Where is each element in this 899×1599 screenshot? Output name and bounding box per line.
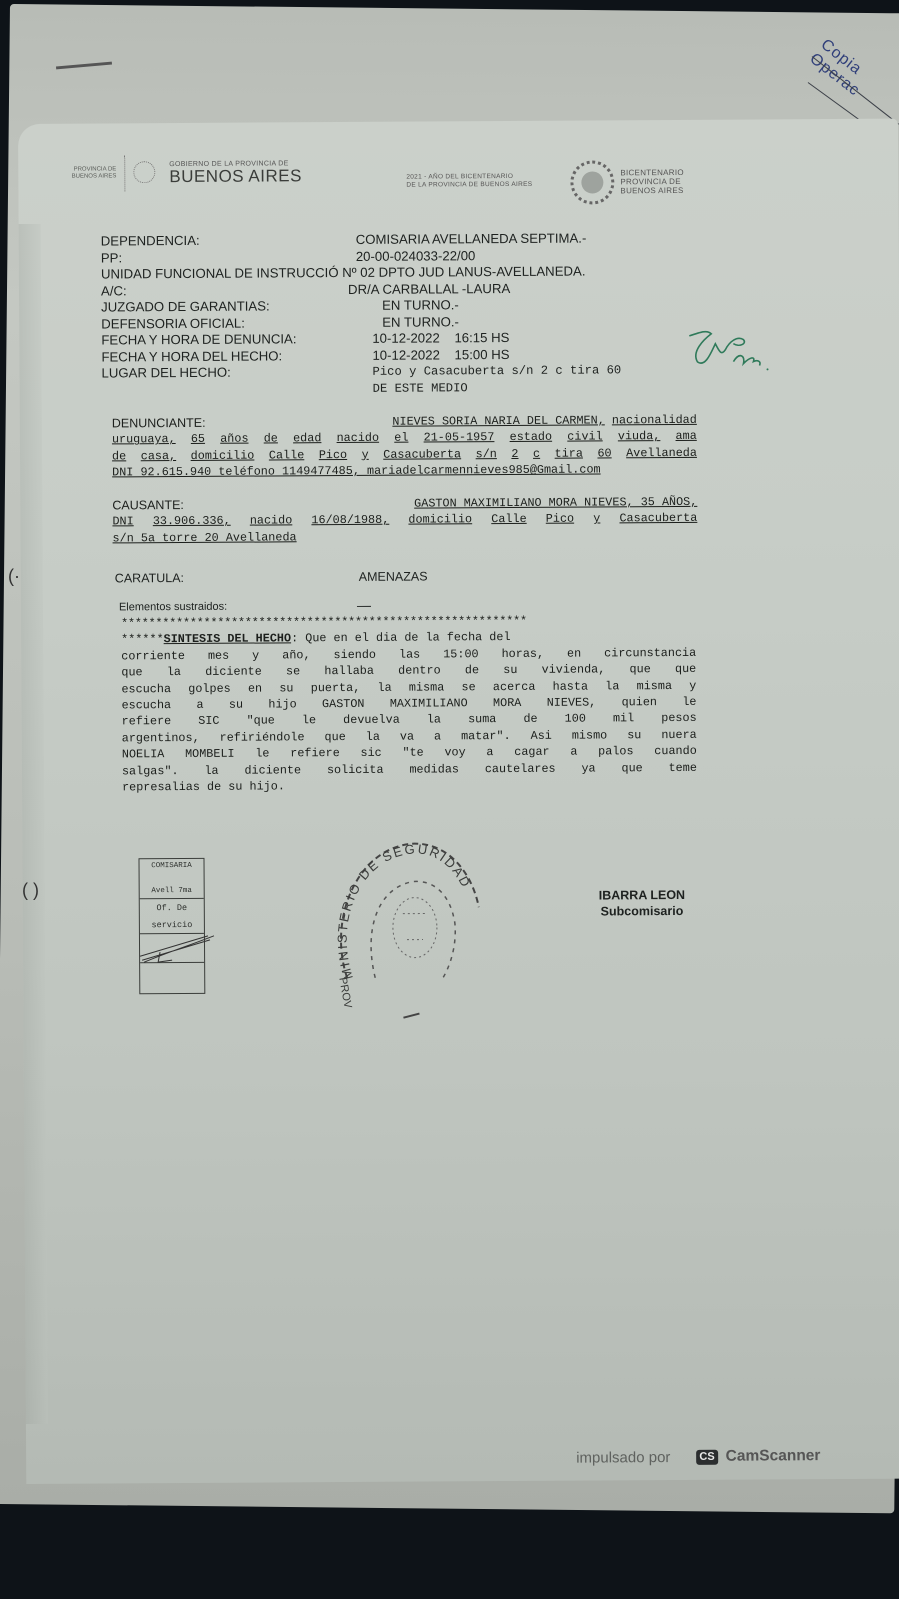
caratula-value: AMENAZAS xyxy=(359,570,428,584)
word: hasta xyxy=(553,678,589,695)
word: mismo xyxy=(572,727,608,744)
word: escucha xyxy=(122,697,172,714)
word: que xyxy=(121,664,142,681)
word: diciente xyxy=(205,664,262,681)
word: nacido xyxy=(337,430,380,447)
field-value: EN TURNO.- xyxy=(356,297,459,314)
word: 65 xyxy=(191,431,205,447)
word: domicilio xyxy=(408,512,472,529)
sustraidos-row: Elementos sustraidos: — xyxy=(119,600,371,614)
paragraph-line: escuchagolpesensupuerta,lamismaseacercah… xyxy=(121,677,696,697)
word: Pico xyxy=(319,447,347,464)
stamp-text: servicio xyxy=(140,919,204,929)
word: en xyxy=(248,680,262,696)
word: se xyxy=(461,679,475,695)
field-lugar-cont: DE ESTE MEDIO xyxy=(102,379,662,399)
word: mes xyxy=(208,648,229,665)
field-label: DEFENSORIA OFICIAL: xyxy=(101,314,356,332)
word: Avellaneda xyxy=(626,445,697,462)
word: nacido xyxy=(250,513,293,530)
word: refiriéndole xyxy=(220,729,305,746)
margin-pen-mark: ( ) xyxy=(22,880,39,901)
word: su xyxy=(229,697,243,713)
word: "te xyxy=(402,745,423,762)
word: las xyxy=(399,646,420,663)
word: la xyxy=(377,679,391,695)
handwritten-initials xyxy=(681,321,771,372)
word: y xyxy=(362,447,369,463)
word: GASTON xyxy=(322,696,365,713)
word: devuelva xyxy=(343,712,400,729)
word: "que xyxy=(247,713,275,730)
word: argentinos, xyxy=(122,730,200,747)
word: s/n xyxy=(476,446,497,463)
word: que xyxy=(675,661,696,678)
ministry-seal: MINISTERIO DE SEGURIDAD PROV xyxy=(322,827,483,1028)
word: le xyxy=(682,694,696,710)
camscanner-logo-icon: CS xyxy=(696,1449,717,1464)
word: la xyxy=(605,678,619,694)
word: quien xyxy=(622,694,658,711)
paragraph-text: nacionalidad xyxy=(612,413,697,428)
word: dentro xyxy=(398,663,441,680)
stamp-cell: Of. De servicio xyxy=(140,899,204,934)
field-label: A/C: xyxy=(101,281,356,299)
word: su xyxy=(503,662,517,678)
field-value: DR/A CARBALLAL -LAURA xyxy=(348,280,510,297)
word: teme xyxy=(669,760,697,777)
officer-name: IBARRA LEON xyxy=(599,888,685,904)
field-value: DE ESTE MEDIO xyxy=(357,380,468,397)
denunciante-name: NIEVES SORIA NARIA DEL CARMEN, xyxy=(392,413,604,428)
word: ya xyxy=(581,760,595,776)
document-page: PROVINCIA DE BUENOS AIRES GOBIERNO DE LA… xyxy=(18,119,899,1484)
word: el xyxy=(394,430,408,446)
word: siendo xyxy=(333,647,376,664)
word: va xyxy=(400,728,414,744)
field-value: 20-00-024033-22/00 xyxy=(356,248,476,265)
word: a xyxy=(570,744,577,760)
bicentenario-logo-line: BUENOS AIRES xyxy=(620,186,684,195)
caratula-row: CARATULA: AMENAZAS xyxy=(115,570,428,586)
denunciante-paragraph: DENUNCIANTE: NIEVES SORIA NARIA DEL CARM… xyxy=(112,412,697,481)
word: medidas xyxy=(409,761,459,778)
word: Casacuberta xyxy=(383,446,461,463)
svg-text:MINISTERIO DE SEGURIDAD: MINISTERIO DE SEGURIDAD xyxy=(334,841,475,981)
stars-prefix: ****** xyxy=(121,633,164,647)
word: ama xyxy=(675,428,696,445)
word: Asi xyxy=(531,728,552,745)
stamp-text: Of. De xyxy=(140,902,204,912)
word: SIC xyxy=(198,713,219,730)
word: palos xyxy=(598,744,634,761)
word: diciente xyxy=(244,762,301,779)
word: Casacuberta xyxy=(619,510,697,527)
field-value: 10-12-2022 15:00 HS xyxy=(356,347,509,364)
word: se xyxy=(286,664,300,680)
caratula-label: CARATULA: xyxy=(115,570,359,585)
field-value: COMISARIA AVELLANEDA SEPTIMA.- xyxy=(356,231,587,249)
signature-block: IBARRA LEON Subcomisario xyxy=(599,888,686,920)
word: 33.906.336, xyxy=(153,513,231,530)
field-label: PP: xyxy=(101,248,356,266)
word: mil xyxy=(613,711,634,728)
word: estado xyxy=(510,429,553,446)
word: 15:00 xyxy=(443,646,479,663)
word: cuando xyxy=(654,743,697,760)
word: vivienda, xyxy=(542,662,606,679)
seal-bottom-text: PROV xyxy=(336,976,354,1009)
word: Calle xyxy=(491,511,527,528)
word: misma xyxy=(409,679,445,696)
field-value: 10-12-2022 16:15 HS xyxy=(356,330,509,347)
field-label: JUZGADO DE GARANTIAS: xyxy=(101,298,356,316)
word: misma xyxy=(637,678,673,695)
gov-logo-title: BUENOS AIRES xyxy=(169,167,302,185)
sintesis-heading: SINTESIS DEL HECHO xyxy=(164,632,292,647)
word: 2 xyxy=(511,446,518,462)
word: que xyxy=(629,661,650,678)
stamp-text: COMISARIA xyxy=(140,862,204,870)
paragraph-line: s/n 5a torre 20 Avellaneda xyxy=(112,529,296,547)
field-label: DEPENDENCIA: xyxy=(101,232,356,250)
word: civil xyxy=(567,429,603,446)
causante-name: GASTON MAXIMILIANO MORA NIEVES, 35 AÑOS, xyxy=(414,494,697,512)
sustraidos-value: — xyxy=(357,600,371,612)
word: NOELIA xyxy=(122,746,165,763)
word: de xyxy=(465,662,479,678)
comisaria-stamp-box: COMISARIA Avell 7ma Of. De servicio xyxy=(138,858,205,994)
word: Pico xyxy=(546,511,574,528)
word: puerta, xyxy=(311,680,361,697)
bicentenario-logo-line: BICENTENARIO xyxy=(620,168,684,177)
word: pesos xyxy=(661,710,697,727)
paragraph-line: DNI 92.615.940 teléfono 1149477485, mari… xyxy=(112,461,697,481)
word: años xyxy=(220,431,248,448)
word: NIEVES, xyxy=(547,695,597,712)
word: de xyxy=(112,448,126,464)
bicentenario-logo-line: PROVINCIA DE xyxy=(620,177,684,186)
word: MAXIMILIANO xyxy=(390,695,468,712)
word: refiere xyxy=(290,745,340,762)
word: uruguaya, xyxy=(112,431,176,448)
field-ufi: UNIDAD FUNCIONAL DE INSTRUCCIÓ Nº 02 DPT… xyxy=(101,263,661,283)
police-report: PROVINCIA DE BUENOS AIRES GOBIERNO DE LA… xyxy=(18,119,899,1484)
word: su xyxy=(279,680,293,696)
word: le xyxy=(302,713,316,729)
word: refiere xyxy=(122,714,172,731)
powered-by-text: impulsado por xyxy=(576,1449,670,1467)
stamp-cell xyxy=(140,934,204,963)
word: MOMBELI xyxy=(185,746,235,763)
sintesis-paragraph: ****************************************… xyxy=(121,612,697,796)
word: c xyxy=(533,446,540,462)
word: corriente xyxy=(121,648,185,665)
word: y xyxy=(593,511,600,527)
word: tira xyxy=(555,445,583,462)
field-lugar: LUGAR DEL HECHO: Pico y Casacuberta s/n … xyxy=(101,362,661,382)
word: matar". xyxy=(461,728,511,745)
paragraph-line: represalias de su hijo. xyxy=(122,776,697,796)
officer-title: Subcomisario xyxy=(599,903,685,919)
word: de xyxy=(264,431,278,447)
stamp-text: Avell 7ma xyxy=(140,887,204,895)
sintesis-body: corrientemesyaño,siendolas15:00horas,enc… xyxy=(121,645,697,796)
word: y xyxy=(252,647,259,663)
word: viuda, xyxy=(618,428,661,445)
word: año, xyxy=(282,647,310,664)
word: voy xyxy=(444,745,465,762)
field-value: Nº 02 DPTO JUD LANUS-AVELLANEDA. xyxy=(342,264,585,282)
report-fields: DEPENDENCIA: COMISARIA AVELLANEDA SEPTIM… xyxy=(101,230,662,398)
word: DNI xyxy=(112,514,133,531)
word: que xyxy=(324,729,345,746)
word: 100 xyxy=(565,711,586,728)
stamp-cell: COMISARIA Avell 7ma xyxy=(139,859,203,899)
word: 60 xyxy=(597,445,611,461)
seal-text: MINISTERIO DE SEGURIDAD xyxy=(334,841,475,981)
field-label: FECHA Y HORA DEL HECHO: xyxy=(101,347,356,365)
field-label: LUGAR DEL HECHO: xyxy=(101,364,356,382)
field-value: EN TURNO.- xyxy=(356,314,459,331)
gov-logo-small-text: PROVINCIA DE BUENOS AIRES xyxy=(66,166,116,180)
word: la xyxy=(204,762,218,778)
field-label: FECHA Y HORA DE DENUNCIA: xyxy=(101,331,356,349)
gov-logo: PROVINCIA DE BUENOS AIRES GOBIERNO DE LA… xyxy=(66,154,302,191)
word: sic xyxy=(360,745,381,762)
bicentenario-logo-text: BICENTENARIO PROVINCIA DE BUENOS AIRES xyxy=(620,168,684,195)
gov-emblem-icon xyxy=(124,155,161,191)
word: la xyxy=(427,712,441,728)
word: casa, xyxy=(141,448,177,465)
causante-label: CAUSANTE: xyxy=(112,497,184,514)
word: suma xyxy=(468,712,496,729)
bicentenario-text: 2021 - AÑO DEL BICENTENARIO DE LA PROVIN… xyxy=(406,173,532,190)
word: le xyxy=(255,746,269,762)
word: cautelares xyxy=(485,760,556,777)
word: que xyxy=(621,760,642,777)
word: hijo xyxy=(268,696,296,713)
margin-pen-mark: (· xyxy=(8,566,20,587)
word: y xyxy=(689,677,696,693)
word: nuera xyxy=(661,727,697,744)
word: de xyxy=(523,711,537,727)
word: a xyxy=(196,697,203,713)
word: domicilio xyxy=(191,447,255,464)
word: golpes xyxy=(188,680,231,697)
word: hallaba xyxy=(324,663,374,680)
word: acerca xyxy=(493,678,536,695)
paragraph-text: : Que en el dia de la fecha del xyxy=(291,630,511,645)
field-dependencia: DEPENDENCIA: COMISARIA AVELLANEDA SEPTIM… xyxy=(101,230,661,250)
word: 16/08/1988, xyxy=(311,512,389,529)
officer-signature-scribble xyxy=(138,932,218,966)
sustraidos-label: Elementos sustraidos: xyxy=(119,600,357,613)
word: la xyxy=(366,729,380,745)
paragraph-line: corrientemesyaño,siendolas15:00horas,enc… xyxy=(121,645,696,665)
word: salgas". xyxy=(122,763,179,780)
bicentenario-line: DE LA PROVINCIA DE BUENOS AIRES xyxy=(406,181,532,190)
word: horas, xyxy=(502,646,545,663)
denunciante-label: DENUNCIANTE: xyxy=(112,415,206,432)
word: solicita xyxy=(327,761,384,778)
camscanner-name: CamScanner xyxy=(726,1447,821,1466)
word: su xyxy=(627,727,641,743)
word: cagar xyxy=(514,744,550,761)
paragraph-line: NOELIAMOMBELIlerefieresic"tevoyacagarapa… xyxy=(122,743,697,763)
field-value: Pico y Casacuberta s/n 2 c tira 60 xyxy=(356,362,621,380)
word: Calle xyxy=(269,447,305,464)
camscanner-watermark: impulsado por CS CamScanner xyxy=(576,1447,820,1466)
word: a xyxy=(486,744,493,760)
causante-paragraph: CAUSANTE: GASTON MAXIMILIANO MORA NIEVES… xyxy=(112,494,697,547)
word: edad xyxy=(293,431,321,448)
word: escucha xyxy=(121,681,171,698)
field-label: UNIDAD FUNCIONAL DE INSTRUCCIÓ xyxy=(101,265,339,283)
word: MORA xyxy=(493,695,521,712)
stamp-cell xyxy=(140,963,204,991)
word: circunstancia xyxy=(604,645,696,662)
word: la xyxy=(167,664,181,680)
word: 21-05-1957 xyxy=(424,430,495,447)
word: en xyxy=(567,645,581,661)
word: a xyxy=(434,728,441,744)
bicentenario-emblem-icon xyxy=(570,160,614,204)
